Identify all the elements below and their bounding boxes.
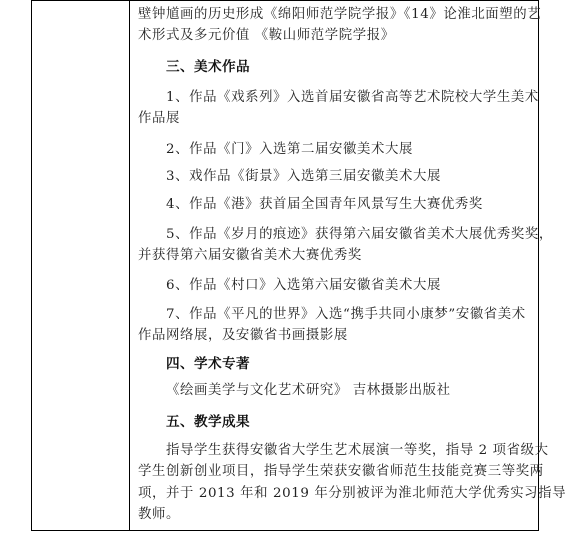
monograph-entry: 《绘画美学与文化艺术研究》 吉林摄影出版社 xyxy=(166,383,451,399)
teaching-paragraph-line: 学生创新创业项目，指导学生荣获安徽省师范生技能竞赛三等奖两 xyxy=(138,464,544,480)
resume-table: 壁钟馗画的历史形成《绵阳师范学院学报》《14》论淮北面塑的艺 术形式及多元价值 … xyxy=(31,0,539,531)
teaching-paragraph-line: 项，并于 2013 年和 2019 年分别被评为淮北师范大学优秀实习指导 xyxy=(138,486,566,502)
art-work-item-cont: 并获得第六届安徽省美术大赛优秀奖 xyxy=(138,248,362,264)
art-work-item: 2、作品《门》入选第二届安徽美术大展 xyxy=(166,142,413,158)
art-work-item: 3、戏作品《街景》入选第三届安徽美术大展 xyxy=(166,169,441,185)
intro-line: 壁钟馗画的历史形成《绵阳师范学院学报》《14》论淮北面塑的艺 xyxy=(138,7,541,23)
table-label-cell xyxy=(32,1,130,530)
art-work-item: 5、作品《岁月的痕迹》获得第六届安徽省美术大展优秀奖奖， xyxy=(166,227,553,243)
section-heading-art-works: 三、美术作品 xyxy=(166,59,250,75)
teaching-paragraph-line: 指导学生获得安徽省大学生艺术展演一等奖，指导 2 项省级大 xyxy=(166,443,549,459)
table-content-cell: 壁钟馗画的历史形成《绵阳师范学院学报》《14》论淮北面塑的艺 术形式及多元价值 … xyxy=(131,1,538,530)
art-work-item: 4、作品《港》获首届全国青年风景写生大赛优秀奖 xyxy=(166,197,483,213)
art-work-item-cont: 作品网络展，及安徽省书画摄影展 xyxy=(138,328,348,344)
section-heading-teaching: 五、教学成果 xyxy=(166,414,250,430)
teaching-paragraph-line: 教师。 xyxy=(138,507,180,523)
intro-line: 术形式及多元价值 《鞍山师范学院学报》 xyxy=(138,28,395,44)
art-work-item: 1、作品《戏系列》入选首届安徽省高等艺术院校大学生美术 xyxy=(166,90,539,106)
section-heading-monograph: 四、学术专著 xyxy=(166,356,250,372)
art-work-item-cont: 作品展 xyxy=(138,111,180,127)
art-work-item: 6、作品《村口》入选第六届安徽省美术大展 xyxy=(166,278,441,294)
art-work-item: 7、作品《平凡的世界》入选“携手共同小康梦”安徽省美术 xyxy=(166,307,526,323)
